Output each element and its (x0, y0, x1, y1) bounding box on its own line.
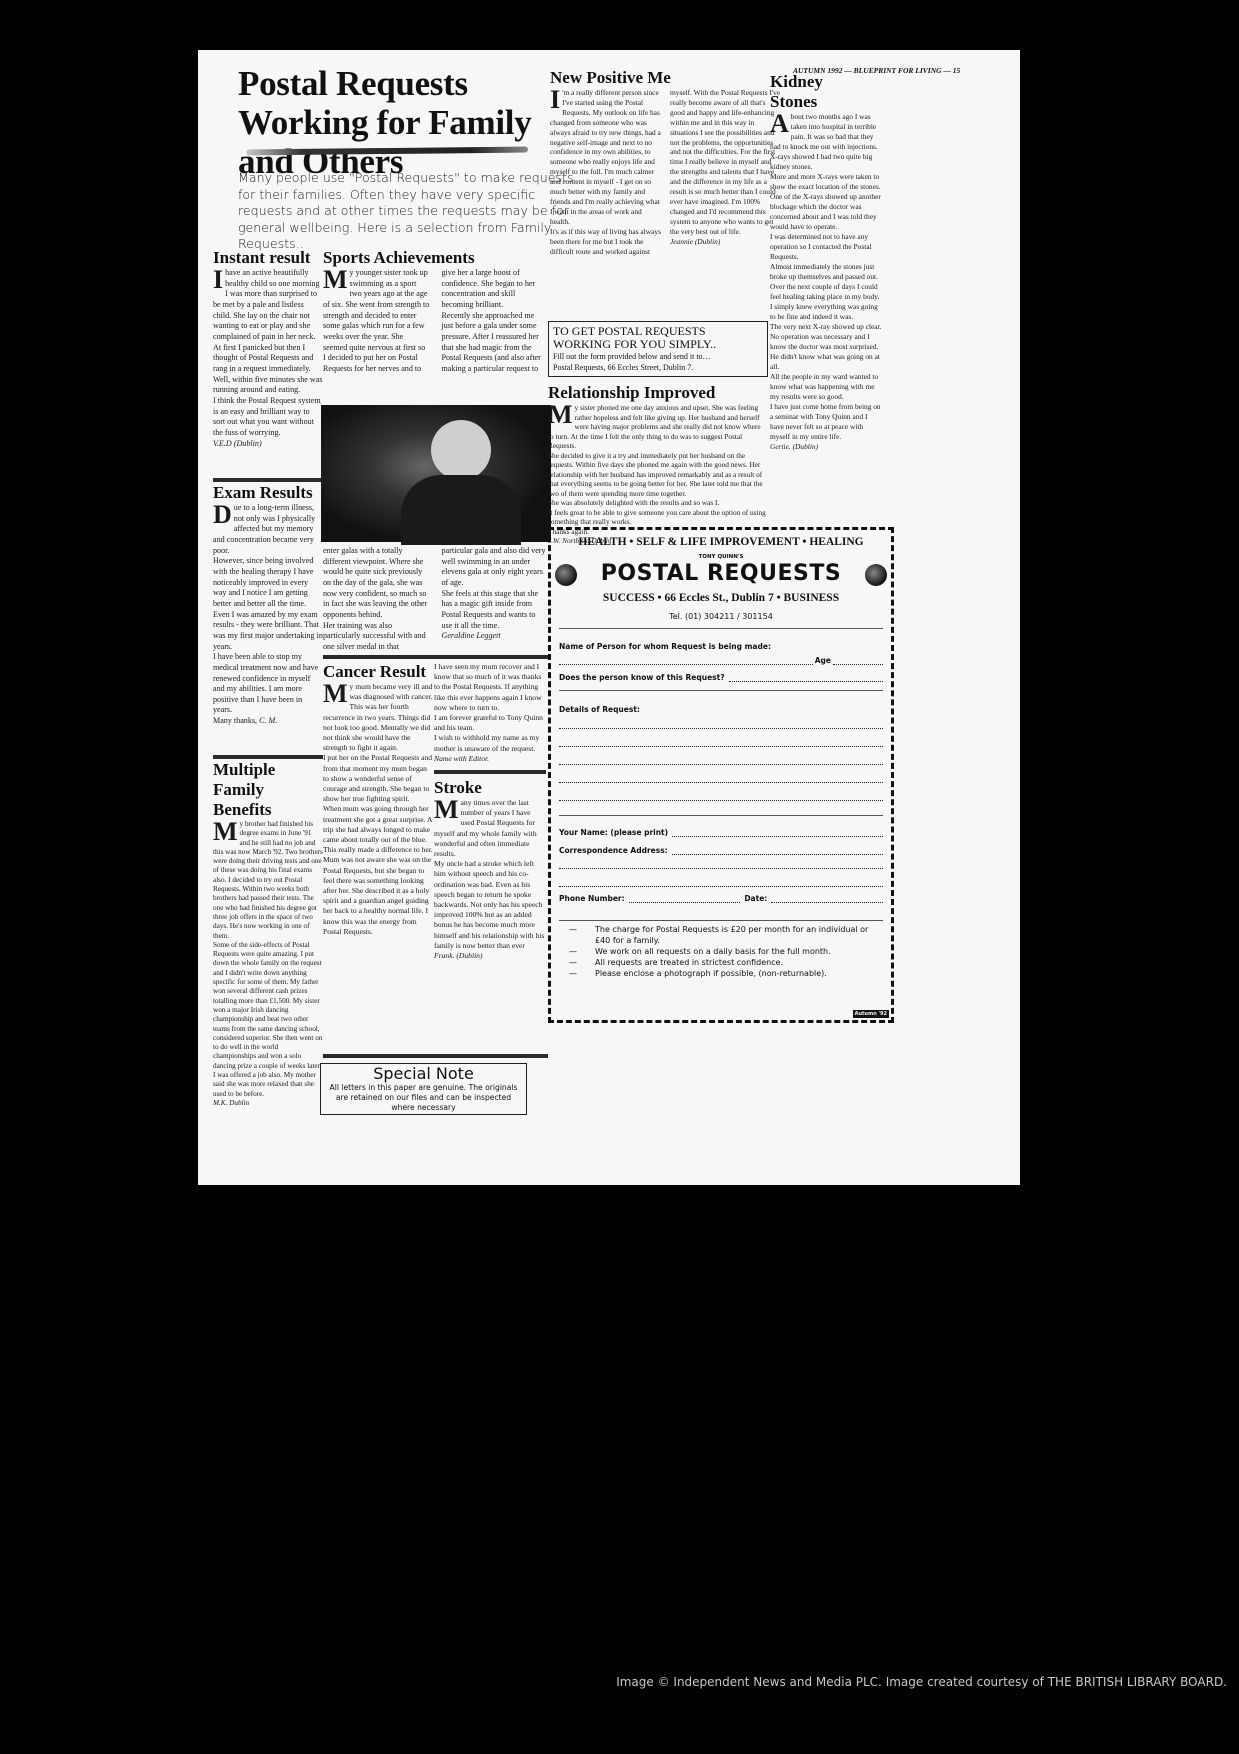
form-byline: TONY QUINN'S (551, 554, 891, 560)
article-text: More and more X-rays were taken to show … (770, 172, 882, 232)
name-age-row: Age (559, 656, 883, 665)
article-text: I put her on the Postal Requests and fro… (323, 753, 433, 804)
newspaper-page: Postal Requests Working for Family and O… (198, 50, 1020, 1185)
your-name-label: Your Name: (please print) (559, 828, 668, 837)
section-divider (323, 655, 548, 659)
child-shirt (401, 475, 521, 545)
article-signature: V.E.D (Dublin) (213, 439, 323, 450)
drop-cap: M (323, 684, 348, 704)
phone-label: Phone Number: (559, 894, 625, 903)
article-text: When mum was going through her treatment… (323, 804, 433, 855)
drop-cap: I (550, 90, 560, 110)
article-text: The very next X-ray showed up clear. No … (770, 322, 882, 372)
article-signature: Frank. (Dublin) (434, 951, 546, 961)
article-text: I was determined not to have any operati… (770, 232, 882, 262)
article-text: It feels great to be able to give someon… (548, 508, 766, 527)
terms-item: —We work on all requests on a daily basi… (595, 946, 883, 957)
know-request-label: Does the person know of this Request? (559, 673, 725, 682)
article-text: Some of the side-effects of Postal Reque… (213, 941, 323, 1099)
article-text: Almost immediately the stones just broke… (770, 262, 882, 322)
article-relationship-improved: Relationship Improved My sister phoned m… (548, 383, 766, 546)
article-sports-achievements: Sports Achievements My younger sister to… (323, 248, 548, 383)
article-text: I am forever grateful to Tony Quinn and … (434, 713, 546, 733)
drop-cap: M (548, 405, 573, 425)
article-signature: Gertie. (Dublin) (770, 442, 882, 452)
article-title: Multiple Family Benefits (213, 760, 323, 820)
drop-cap: M (213, 822, 238, 842)
article-text: y sister phoned me one day anxious and u… (548, 403, 761, 450)
article-signature: M.K. Dublin (213, 1099, 323, 1108)
article-title: Exam Results (213, 483, 323, 503)
article-text: I think the Postal Request system is an … (213, 396, 323, 439)
terms-list: —The charge for Postal Requests is £20 p… (559, 924, 883, 979)
address-field-line-3[interactable] (559, 886, 883, 887)
article-title: New Positive Me (550, 68, 782, 88)
section-divider (434, 770, 546, 774)
child-face (431, 420, 491, 480)
image-credit: Image © Independent News and Media PLC. … (616, 1675, 1227, 1689)
drop-cap: M (434, 800, 459, 820)
section-divider (213, 478, 323, 482)
article-text: I wish to withhold my name as my mother … (434, 733, 546, 753)
article-text: enter galas with a totally different vie… (323, 546, 430, 621)
article-text: have an active beautifully healthy child… (213, 268, 323, 394)
date-field[interactable] (771, 902, 883, 903)
callout-headline: TO GET POSTAL REQUESTS WORKING FOR YOU S… (553, 325, 763, 351)
address-label: Correspondence Address: (559, 846, 668, 855)
know-request-field[interactable] (729, 681, 883, 682)
article-text: 'm a really different person since I've … (550, 88, 661, 226)
article-instant-result: Instant result Ihave an active beautiful… (213, 248, 323, 449)
details-field-line-3[interactable] (559, 764, 883, 765)
drop-cap: A (770, 114, 789, 134)
section-divider (213, 755, 323, 759)
section-divider (323, 1054, 548, 1058)
article-stroke: Stroke Many times over the last number o… (434, 778, 546, 961)
article-text: She was absolutely delighted with the re… (548, 498, 766, 508)
details-field-line-4[interactable] (559, 782, 883, 783)
details-field-line-1[interactable] (559, 728, 883, 729)
terms-item: —All requests are treated in strictest c… (595, 957, 883, 968)
terms-item: —The charge for Postal Requests is £20 p… (595, 924, 883, 946)
know-row: Does the person know of this Request? (559, 673, 883, 682)
article-title: Sports Achievements (323, 248, 548, 268)
special-note-text: All letters in this paper are genuine. T… (321, 1083, 526, 1113)
article-cancer-result: Cancer Result My mum became very ill and… (323, 662, 433, 937)
article-text: Mum was not aware she was on the Postal … (323, 855, 433, 937)
phone-field[interactable] (629, 902, 741, 903)
details-field-line-2[interactable] (559, 746, 883, 747)
article-title: Instant result (213, 248, 323, 268)
your-name-row: Your Name: (please print) (559, 828, 883, 837)
drop-cap: I (213, 270, 223, 290)
article-text: My uncle had a stroke which left him wit… (434, 859, 546, 951)
signature-prefix: Many thanks, (213, 716, 259, 725)
name-of-person-field[interactable] (559, 664, 813, 665)
date-label: Date: (744, 894, 767, 903)
age-label: Age (815, 656, 831, 665)
address-field-line-2[interactable] (559, 868, 883, 869)
special-note-title: Special Note (321, 1064, 526, 1083)
postal-request-form: HEALTH • SELF & LIFE IMPROVEMENT • HEALI… (548, 527, 894, 1023)
child-photo (321, 405, 551, 542)
intro-paragraph: Many people use "Postal Requests" to mak… (238, 170, 592, 253)
article-text: She decided to give it a try and immedia… (548, 451, 766, 499)
terms-item: —Please enclose a photograph if possible… (595, 968, 883, 979)
article-signature: Jeannie (Dublin) (670, 237, 782, 247)
article-kidney-stones: Kidney Stones About two months ago I was… (770, 72, 882, 452)
article-text: All the people in my ward wanted to know… (770, 372, 882, 402)
form-arc-bottom: SUCCESS • 66 Eccles St., Dublin 7 • BUSI… (551, 592, 891, 604)
form-divider (559, 920, 883, 921)
form-divider (559, 628, 883, 629)
name-of-person-label: Name of Person for whom Request is being… (559, 642, 771, 651)
form-arc-top: HEALTH • SELF & LIFE IMPROVEMENT • HEALI… (551, 536, 891, 548)
article-title: Relationship Improved (548, 383, 766, 403)
article-signature: Geraldine Leggett (442, 631, 549, 642)
form-corner-tag: Autumn '92 (853, 1010, 889, 1018)
article-signature: C. M. (259, 716, 277, 725)
article-text: I have been able to stop my medical trea… (213, 652, 323, 716)
callout-line-2: Postal Requests, 66 Eccles Street, Dubli… (553, 362, 763, 373)
age-field[interactable] (833, 664, 883, 665)
special-note-box: Special Note All letters in this paper a… (320, 1063, 527, 1115)
drop-cap: M (323, 270, 348, 290)
phone-date-row: Phone Number: Date: (559, 894, 883, 903)
article-text: I have seen my mum recover and I know th… (434, 662, 546, 713)
article-title: Kidney Stones (770, 72, 830, 112)
article-new-positive-me: New Positive Me I'm a really different p… (550, 68, 782, 256)
sports-continued: enter galas with a totally different vie… (323, 546, 548, 656)
callout-line-1: Fill out the form provided below and sen… (553, 351, 763, 362)
page-headline: Postal Requests Working for Family and O… (238, 64, 568, 181)
form-brand: POSTAL REQUESTS (551, 561, 891, 586)
article-multiple-family-benefits: Multiple Family Benefits My brother had … (213, 760, 323, 1108)
details-field-line-5[interactable] (559, 800, 883, 801)
article-text: I have just come home from being on a se… (770, 402, 882, 442)
form-divider (559, 815, 883, 816)
article-title: Cancer Result (323, 662, 433, 682)
address-row: Correspondence Address: (559, 846, 883, 855)
article-exam-results: Exam Results Due to a long-term illness,… (213, 483, 323, 727)
details-label: Details of Request: (559, 705, 640, 714)
article-title: Stroke (434, 778, 546, 798)
cancer-continued: I have seen my mum recover and I know th… (434, 662, 546, 764)
article-signature: Name with Editor. (434, 754, 546, 764)
form-divider (559, 690, 883, 691)
callout-box: TO GET POSTAL REQUESTS WORKING FOR YOU S… (548, 321, 768, 377)
article-text: However, since being involved with the h… (213, 556, 323, 652)
article-text: She feels at this stage that she has a m… (442, 589, 549, 632)
address-field-line-1[interactable] (672, 854, 883, 855)
form-telephone: Tel. (01) 304211 / 301154 (551, 612, 891, 621)
your-name-field[interactable] (672, 836, 883, 837)
drop-cap: D (213, 505, 232, 525)
